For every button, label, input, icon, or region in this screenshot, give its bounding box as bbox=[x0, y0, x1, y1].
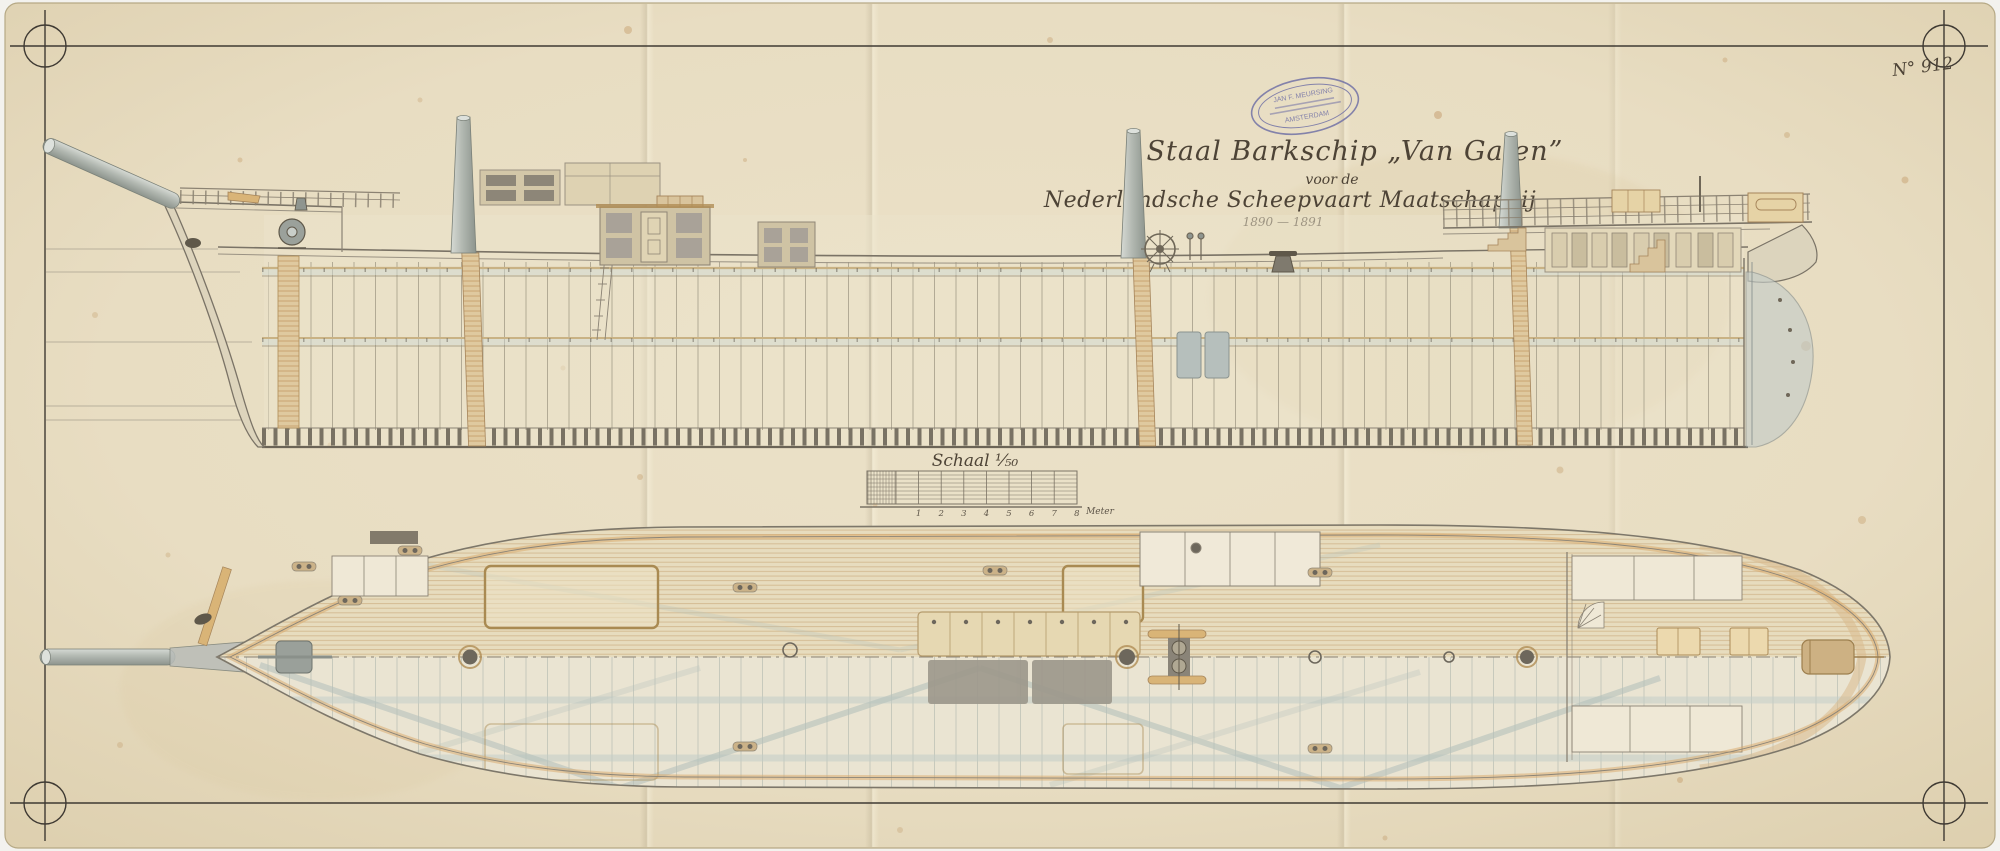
foremast-top bbox=[457, 115, 470, 120]
title-line-2: voor de bbox=[1305, 172, 1358, 188]
scale-tick: 7 bbox=[1051, 509, 1057, 519]
scale-ruler bbox=[860, 471, 1082, 507]
mainmast-top bbox=[1127, 128, 1140, 133]
scale-tick: 8 bbox=[1074, 509, 1080, 519]
scale-tick: 3 bbox=[961, 509, 966, 519]
plan-lower-cabins bbox=[1572, 706, 1742, 752]
plan-bow-locker bbox=[370, 531, 418, 544]
title-line-1: Staal Barkschip „Van Galen” bbox=[1147, 136, 1564, 167]
deckhouse-main bbox=[596, 196, 714, 265]
chain-pipe bbox=[278, 256, 299, 428]
scale-tick: 6 bbox=[1029, 509, 1035, 519]
plan-foremast-hole bbox=[463, 650, 478, 665]
scale-subdivision-block bbox=[867, 471, 896, 504]
plan-mainmast-hole bbox=[1119, 649, 1135, 665]
capstan-forecastle bbox=[295, 198, 307, 210]
hawse-pipe bbox=[185, 238, 201, 248]
scale-tick: 5 bbox=[1006, 509, 1011, 519]
poop-skylight-small bbox=[1612, 190, 1660, 212]
mizzenmast-top bbox=[1505, 132, 1517, 137]
plan-midship-cabins bbox=[1140, 532, 1320, 586]
plan-hatch-boards bbox=[918, 612, 1140, 656]
drawing-canvas: N° 912 JAN F. MEURSING AMSTERDAM Staal B… bbox=[0, 0, 2000, 851]
plan-forward-cabin bbox=[332, 556, 428, 596]
plan-dark-slabs bbox=[928, 660, 1112, 704]
deckhouse-aft-small bbox=[758, 222, 815, 267]
ship-plan-sheet: N° 912 JAN F. MEURSING AMSTERDAM Staal B… bbox=[0, 0, 2000, 851]
plan-poop-cabins bbox=[1572, 556, 1742, 600]
scale-tick: 4 bbox=[983, 509, 989, 519]
scale-label: Schaal ¹⁄₅₀ bbox=[932, 451, 1019, 471]
scale-tick: 2 bbox=[937, 509, 943, 519]
capstan-aft bbox=[1272, 256, 1294, 272]
plan-galley-stove bbox=[1191, 543, 1201, 553]
capstan-head bbox=[1269, 251, 1297, 256]
deckhouse-roof-edge bbox=[596, 204, 714, 208]
scale-unit-label: Meter bbox=[1085, 507, 1114, 517]
scale-tick: 1 bbox=[916, 509, 921, 519]
plan-mizzenmast-hole bbox=[1520, 650, 1534, 664]
deckhouse-door bbox=[641, 212, 667, 262]
